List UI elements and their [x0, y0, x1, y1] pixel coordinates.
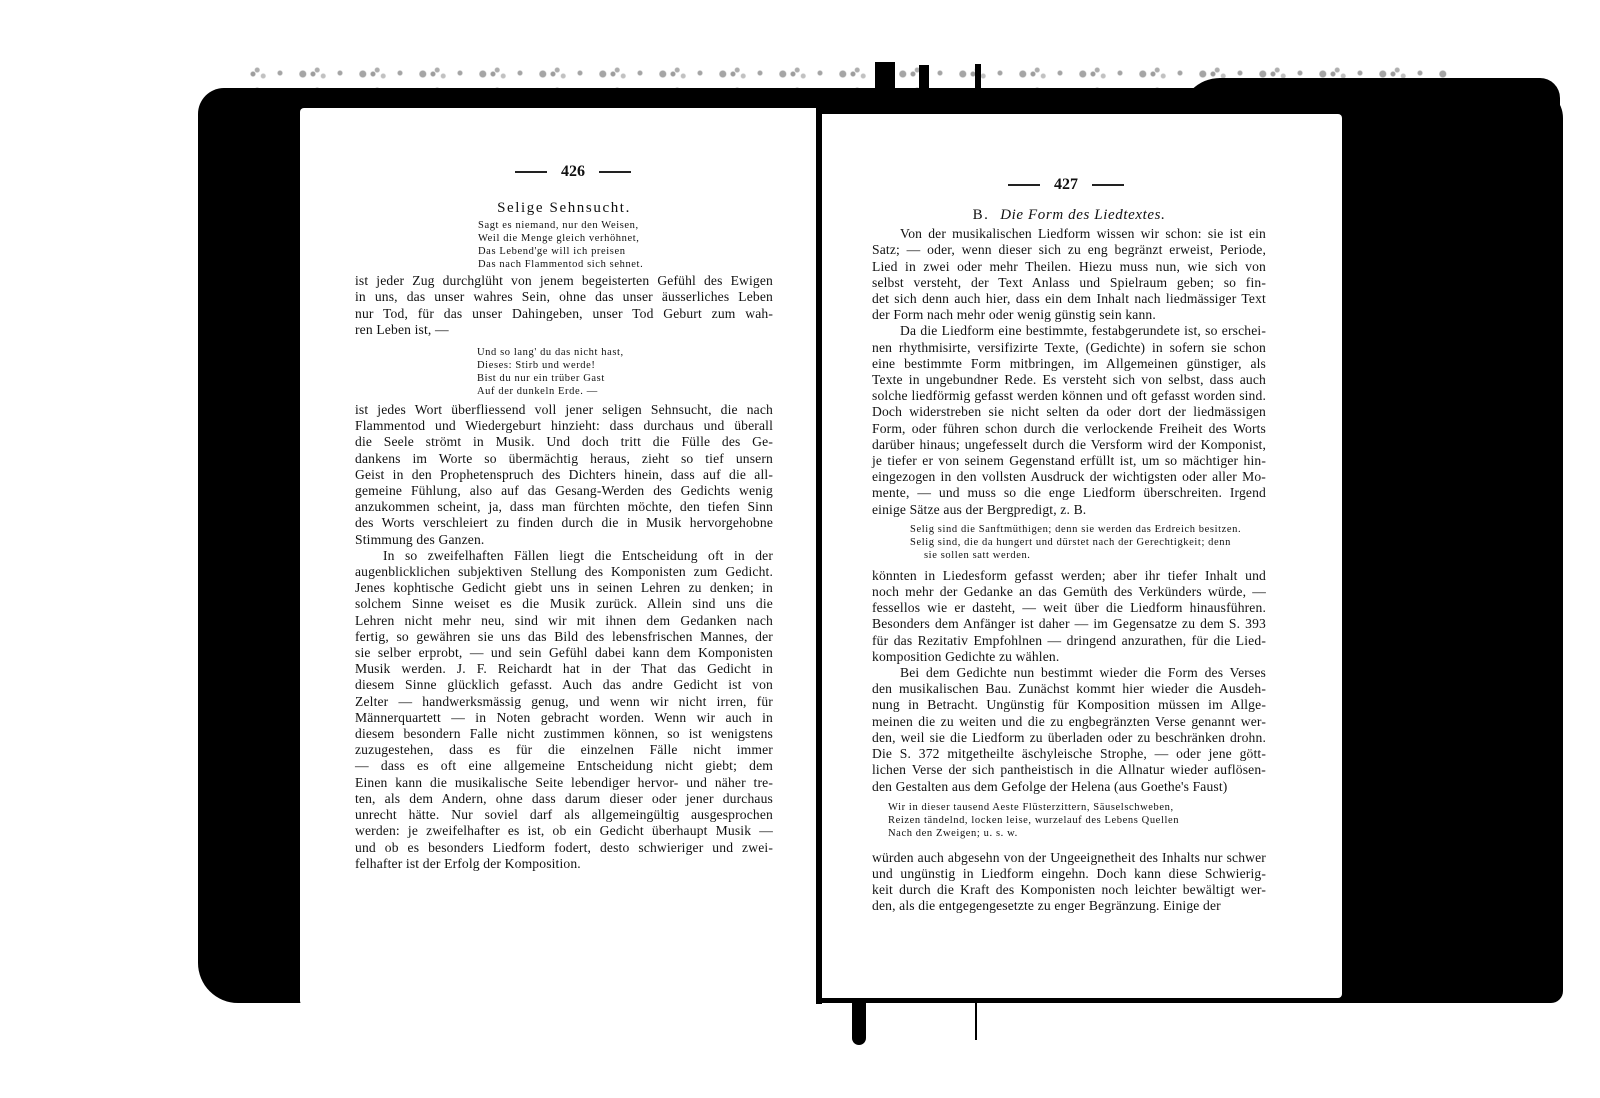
text-line: die Seele strömt in Musik. Und doch trit…	[355, 434, 773, 450]
text-line: den, weil sie die Liedform zu überladen …	[872, 730, 1266, 746]
text-line: des Worts verschleiert zu finden durch d…	[355, 515, 773, 531]
text-line: je tiefer er von seinem Gegenstand erfül…	[872, 453, 1266, 469]
paragraph: würden auch abgesehn von der Ungeeigneth…	[872, 850, 1266, 915]
text-line: augenblicklichen subjektiven Stellung de…	[355, 564, 773, 580]
text-line: eine bestimmte Form mitbringen, im Allge…	[872, 356, 1266, 372]
text-line: Jenes kophtische Gedicht giebt uns in se…	[355, 580, 773, 596]
verse-line: Das nach Flammentod sich sehnet.	[478, 258, 773, 271]
text-line: ist jeder Zug durchglüht von jenem begei…	[355, 273, 773, 289]
right-page-number: 427	[1008, 176, 1124, 194]
text-line: det sich denn auch hier, dass ein dem In…	[872, 291, 1266, 307]
text-line: Einen kann die musikalische Seite lebend…	[355, 775, 773, 791]
page-number-text: 427	[1054, 176, 1078, 194]
text-line: ren Leben ist, —	[355, 322, 773, 338]
verse-line: Selig sind die Sanftmüthigen; denn sie w…	[910, 523, 1266, 536]
text-line: Flammentod und Wiedergeburt hinzieht: da…	[355, 418, 773, 434]
ribbon-marker	[975, 1000, 977, 1040]
text-line: Die S. 372 mitgetheilte äschyleische Str…	[872, 746, 1266, 762]
text-line: Stimmung des Ganzen.	[355, 532, 773, 548]
text-line: noch mehr der Gedanke an das Gemüth des …	[872, 584, 1266, 600]
text-line: Lied in zwei oder mehr Theilen. Hiezu mu…	[872, 259, 1266, 275]
verse-line: sie sollen satt werden.	[924, 549, 1266, 562]
text-line: lichen Verse der sich pantheistisch in d…	[872, 762, 1266, 778]
paragraph: könnten in Liedesform gefasst werden; ab…	[872, 568, 1266, 665]
verse-line: Dieses: Stirb und werde!	[477, 359, 773, 372]
text-line: würden auch abgesehn von der Ungeeigneth…	[872, 850, 1266, 866]
verse-line: Selig sind, die da hungert und dürstet n…	[910, 536, 1266, 549]
text-line: diesem Sinne glücklich gefasst. Auch das…	[355, 677, 773, 693]
text-line: der Form nach mehr oder wenig günstig se…	[872, 307, 1266, 323]
verse-line: Das Lebend'ge will ich preisen	[478, 245, 773, 258]
text-line: nur Tod, für das unser Dahingeben, unser…	[355, 306, 773, 322]
text-line: Musik werden. J. F. Reichardt hat in der…	[355, 661, 773, 677]
paragraph: Bei dem Gedichte nun bestimmt wieder die…	[872, 665, 1266, 795]
bookmark-tab	[875, 62, 895, 112]
text-line: darüber hinaus; ungefesselt durch die Ve…	[872, 437, 1266, 453]
text-line: meinen die zu weiten und die zu engbegrä…	[872, 714, 1266, 730]
text-line: nen rhythmisirte, versifizirte Texte, (G…	[872, 340, 1266, 356]
text-line: selbst versteht, der Text Anlass und Spi…	[872, 275, 1266, 291]
paragraph: ist jeder Zug durchglüht von jenem begei…	[355, 273, 773, 338]
text-line: Bei dem Gedichte nun bestimmt wieder die…	[872, 665, 1266, 681]
poem-title: Selige Sehnsucht.	[355, 200, 773, 216]
text-line: für das Rezitativ Empfohlnen — dringend …	[872, 633, 1266, 649]
left-page-text: Selige Sehnsucht. Sagt es niemand, nur d…	[355, 200, 773, 872]
text-line: Form, oder führen schon durch die verloc…	[872, 421, 1266, 437]
text-line: dankens im Worte so übermächtig heraus, …	[355, 451, 773, 467]
text-line: solchem Sinne weiset es die Musik zurück…	[355, 596, 773, 612]
text-line: den Gestalten aus dem Gefolge der Helena…	[872, 779, 1266, 795]
section-title: Die Form des Liedtextes.	[1000, 207, 1165, 223]
text-line: ten, als dem Andern, ohne dass darum die…	[355, 791, 773, 807]
text-line: gemeine Fühlung, also auf das Gesang-Wer…	[355, 483, 773, 499]
text-line: fessellos wie er dasteht, — weit über di…	[872, 600, 1266, 616]
text-line: ist jedes Wort überfliessend voll jener …	[355, 402, 773, 418]
text-line: Doch widerstreben sie nicht selten da od…	[872, 404, 1266, 420]
ribbon-marker	[852, 995, 866, 1045]
bookmark-tab	[919, 65, 929, 110]
verse-line: Und so lang' du das nicht hast,	[477, 346, 773, 359]
verse-block: Sagt es niemand, nur den Weisen,Weil die…	[478, 219, 773, 271]
paragraph: ist jedes Wort überfliessend voll jener …	[355, 402, 773, 548]
paragraph: Von der musikalischen Liedform wissen wi…	[872, 226, 1266, 323]
text-line: diesem besondern Falle nicht zustimmen k…	[355, 726, 773, 742]
right-page-text: B. Die Form des Liedtextes. Von der musi…	[872, 207, 1266, 915]
text-line: einige Sätze aus der Bergpredigt, z. B.	[872, 502, 1266, 518]
verse-line: Sagt es niemand, nur den Weisen,	[478, 219, 773, 232]
text-line: und ungünstig in Liedform eingehn. Doch …	[872, 866, 1266, 882]
paragraph: Da die Liedform eine bestimmte, festabge…	[872, 323, 1266, 517]
text-line: Satz; — oder, wenn dieser sich zu eng be…	[872, 242, 1266, 258]
text-line: komposition Gedichte zu wählen.	[872, 649, 1266, 665]
page-number-text: 426	[561, 163, 585, 181]
text-line: felhafter ist der Erfolg der Komposition…	[355, 856, 773, 872]
verse-line: Reizen tändelnd, locken leise, wurzelauf…	[888, 814, 1266, 827]
text-line: den musikalischen Bau. Zunächst kommt hi…	[872, 681, 1266, 697]
text-line: den, als die entgegengesetzte zu enger B…	[872, 898, 1266, 914]
bookmark-tab	[975, 64, 981, 110]
text-line: eingezogen in den vollsten Ausdruck der …	[872, 469, 1266, 485]
text-line: sie selber erprobt, — und sein Gefühl da…	[355, 645, 773, 661]
text-line: nung in Betracht. Ungünstig für Komposit…	[872, 697, 1266, 713]
text-line: In so zweifelhaften Fällen liegt die Ent…	[355, 548, 773, 564]
verse-block: Und so lang' du das nicht hast,Dieses: S…	[477, 346, 773, 398]
text-line: und ob es besonders Liedform fodert, des…	[355, 840, 773, 856]
book-cover-edge	[1180, 78, 1560, 118]
verse-line: Nach den Zweigen; u. s. w.	[888, 827, 1266, 840]
text-line: Besonders dem Anfänger ist daher — im Ge…	[872, 616, 1266, 632]
paragraph: In so zweifelhaften Fällen liegt die Ent…	[355, 548, 773, 872]
section-label: B.	[973, 207, 990, 223]
text-line: mente, — und muss so die enge Liedform ü…	[872, 485, 1266, 501]
text-line: solche liedförmig gefasst werden können …	[872, 388, 1266, 404]
verse-line: Weil die Menge gleich verhöhnet,	[478, 232, 773, 245]
text-line: Geist in den Prophetenspruch des Dichter…	[355, 467, 773, 483]
text-line: in uns, das unser wahres Sein, ohne das …	[355, 289, 773, 305]
text-line: Zelter — handwerksmässig genug, und wenn…	[355, 694, 773, 710]
text-line: — dass es oft eine allgemeine Entscheidu…	[355, 758, 773, 774]
text-line: anzukommen scheint, ja, dass man fürchte…	[355, 499, 773, 515]
text-line: werden: je zweifelhafter es ist, ob ein …	[355, 823, 773, 839]
text-line: fertig, so gewähren sie uns das Bild des…	[355, 629, 773, 645]
text-line: könnten in Liedesform gefasst werden; ab…	[872, 568, 1266, 584]
text-line: unrecht hätte. Nur soviel darf als allge…	[355, 807, 773, 823]
verse-line: Wir in dieser tausend Aeste Flüsterzitte…	[888, 801, 1266, 814]
verse-line: Auf der dunkeln Erde. —	[477, 385, 773, 398]
text-line: Lehren nicht mehr neu, sind wir mit ihne…	[355, 613, 773, 629]
text-line: Da die Liedform eine bestimmte, festabge…	[872, 323, 1266, 339]
quote-block: Wir in dieser tausend Aeste Flüsterzitte…	[888, 801, 1266, 840]
quote-block: Selig sind die Sanftmüthigen; denn sie w…	[910, 523, 1266, 562]
text-line: Von der musikalischen Liedform wissen wi…	[872, 226, 1266, 242]
section-heading: B. Die Form des Liedtextes.	[872, 207, 1266, 223]
text-line: Texte in ungebundner Rede. Es versteht s…	[872, 372, 1266, 388]
text-line: zuzugestehen, dass es für die einzelnen …	[355, 742, 773, 758]
text-line: keit durch die Kraft des Komponisten noc…	[872, 882, 1266, 898]
text-line: Männerquartett — in Noten gebracht worde…	[355, 710, 773, 726]
left-page-number: 426	[515, 163, 631, 181]
verse-line: Bist du nur ein trüber Gast	[477, 372, 773, 385]
